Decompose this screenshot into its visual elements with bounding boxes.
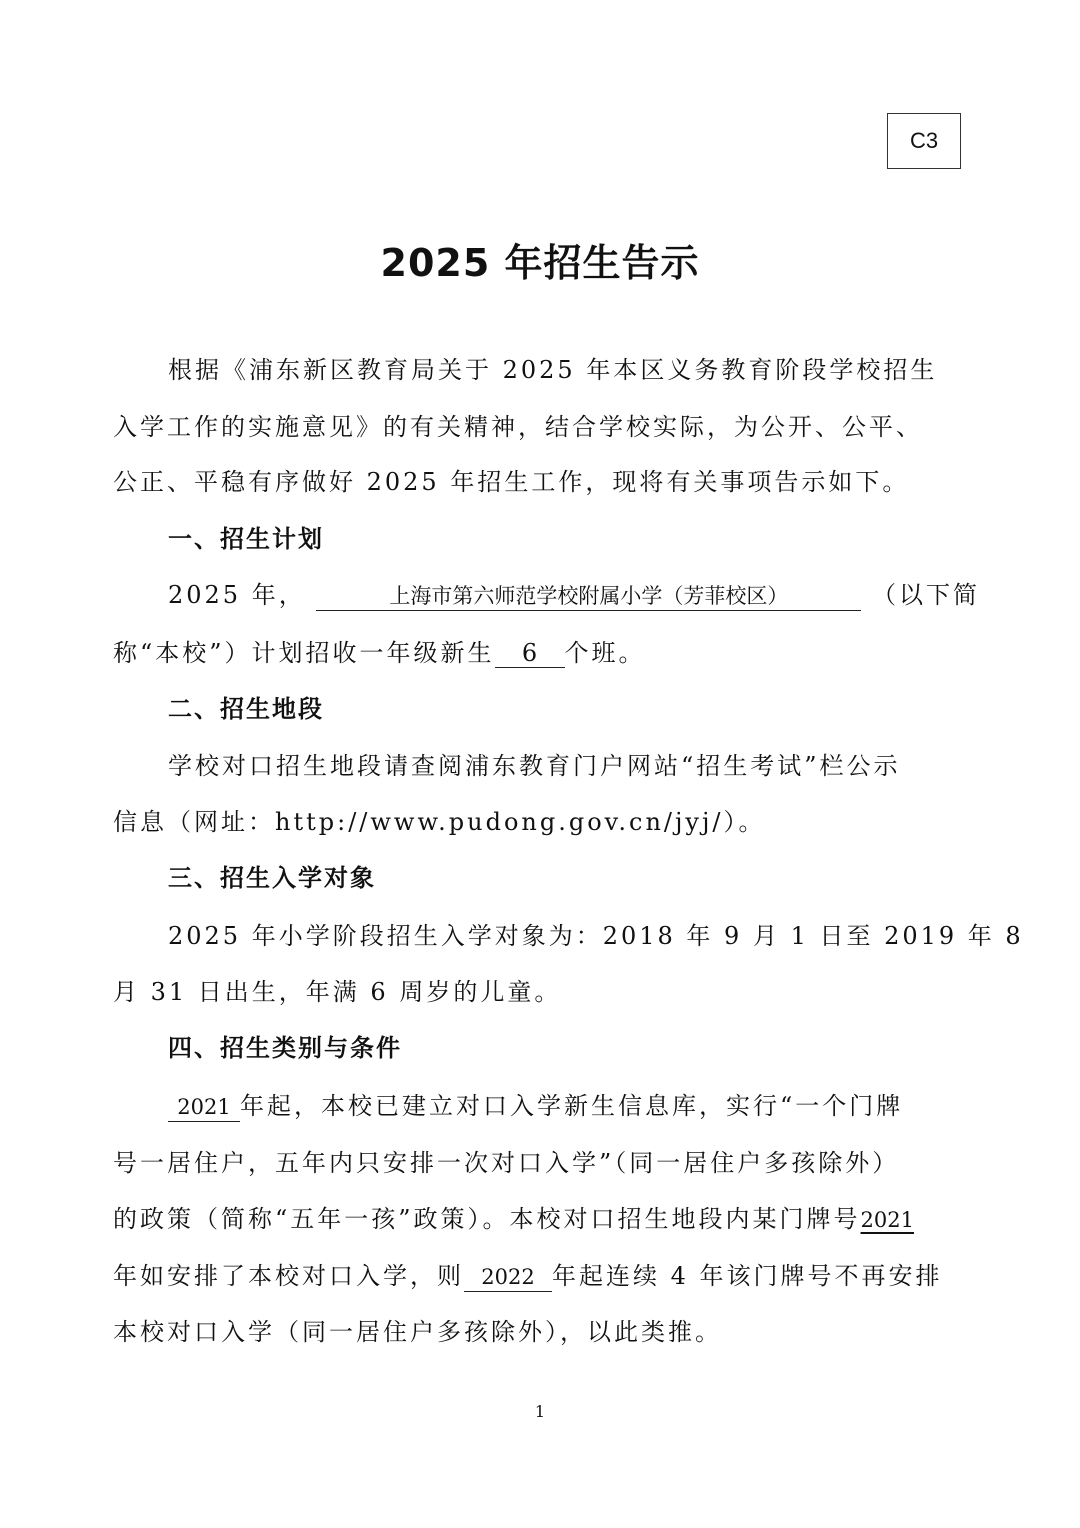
section-2-line-2: 信息（网址：http://www.pudong.gov.cn/jyj/）。 — [113, 806, 766, 838]
plan-text: 称“本校”）计划招收一年级新生 — [113, 639, 495, 667]
document-title: 2025 年招生告示 — [0, 232, 1080, 287]
section-4-line-4: 年如安排了本校对口入学，则2022年起连续 4 年该门牌号不再安排 — [113, 1260, 943, 1292]
section-4-line-1: 2021年起，本校已建立对口入学新生信息库，实行“一个门牌 — [168, 1090, 903, 1122]
section-4-line-2: 号一居住户，五年内只安排一次对口入学”（同一居住户多孩除外） — [113, 1147, 899, 1179]
section-2-heading: 二、招生地段 — [168, 693, 324, 725]
section-2-line-1: 学校对口招生地段请查阅浦东教育门户网站“招生考试”栏公示 — [168, 750, 901, 782]
page-number: 1 — [0, 1402, 1080, 1421]
house-year-field: 2021 — [861, 1208, 914, 1232]
policy-text: 年起连续 4 年该门牌号不再安排 — [552, 1262, 943, 1290]
class-count-field: 6 — [495, 639, 565, 668]
intro-line-1: 根据《浦东新区教育局关于 2025 年本区义务教育阶段学校招生 — [168, 354, 937, 386]
policy-text: 的政策（简称“五年一孩”政策）。本校对口招生地段内某门牌号 — [113, 1205, 861, 1233]
plan-suffix: 个班。 — [565, 639, 646, 667]
section-3-line-2: 月 31 日出生，年满 6 周岁的儿童。 — [113, 976, 561, 1008]
section-1-heading: 一、招生计划 — [168, 523, 324, 555]
year-label: 2025 年， — [168, 581, 306, 609]
restrict-year-field: 2022 — [464, 1263, 552, 1292]
policy-text: 年起，本校已建立对口入学新生信息库，实行“一个门牌 — [240, 1092, 903, 1120]
section-3-line-1: 2025 年小学阶段招生入学对象为：2018 年 9 月 1 日至 2019 年… — [168, 920, 1024, 952]
section-1-line-1: 2025 年， 上海市第六师范学校附属小学（芳菲校区） （以下简 — [168, 579, 980, 611]
intro-line-2: 入学工作的实施意见》的有关精神，结合学校实际，为公开、公平、 — [113, 411, 923, 443]
document-code-box: C3 — [887, 113, 961, 169]
section-4-heading: 四、招生类别与条件 — [168, 1032, 402, 1064]
policy-text: 年如安排了本校对口入学，则 — [113, 1262, 464, 1290]
section-4-line-5: 本校对口入学（同一居住户多孩除外），以此类推。 — [113, 1316, 722, 1348]
section-4-line-3: 的政策（简称“五年一孩”政策）。本校对口招生地段内某门牌号2021 — [113, 1203, 914, 1236]
intro-line-3: 公正、平稳有序做好 2025 年招生工作，现将有关事项告示如下。 — [113, 466, 909, 498]
section-1-line-2: 称“本校”）计划招收一年级新生6个班。 — [113, 637, 646, 669]
start-year-field: 2021 — [168, 1093, 240, 1122]
section-3-heading: 三、招生入学对象 — [168, 862, 376, 894]
line-suffix: （以下简 — [872, 581, 980, 609]
school-name-field: 上海市第六师范学校附属小学（芳菲校区） — [316, 582, 861, 611]
